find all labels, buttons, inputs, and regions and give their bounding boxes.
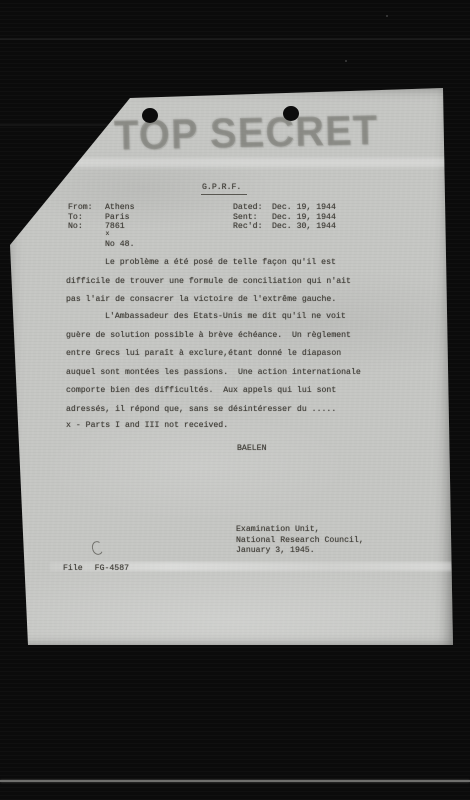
agency-line: National Research Council,	[236, 536, 364, 547]
body-paragraph-2: L'Ambassadeur des Etats-Unis me dit qu'i…	[66, 308, 386, 419]
agency-line: Examination Unit,	[236, 525, 364, 536]
issuing-agency-block: Examination Unit, National Research Coun…	[236, 525, 364, 557]
body-line: difficile de trouver une formule de conc…	[66, 273, 386, 292]
body-line: guère de solution possible à brève échéa…	[66, 327, 386, 346]
signature: BAELEN	[237, 444, 266, 453]
punch-hole-icon	[142, 108, 158, 123]
sent-value: Dec. 19, 1944	[272, 213, 336, 223]
body-line: auquel sont montées les passions. Une ac…	[66, 364, 386, 383]
dust-speck	[386, 15, 388, 17]
no-label: No:	[68, 222, 105, 245]
file-reference-line: FileFG-4587	[63, 564, 129, 573]
body-line: comporte bien des difficultés. Aux appel…	[66, 382, 386, 401]
to-label: To:	[68, 213, 105, 223]
body-line: Le problème a été posé de telle façon qu…	[66, 254, 386, 273]
scan-background: TOP SECRET G.P.R.F. From: Athens Dated: …	[0, 0, 470, 800]
scan-light-band	[10, 158, 453, 167]
scan-noise-line	[0, 38, 470, 40]
footnote-mark: x	[106, 230, 110, 237]
agency-line: January 3, 1945.	[236, 546, 364, 557]
dated-label: Dated:	[233, 203, 272, 213]
recd-value: Dec. 30, 1944	[272, 222, 336, 245]
body-paragraph-1: Le problème a été posé de telle façon qu…	[66, 254, 386, 310]
dust-speck	[345, 60, 347, 62]
from-value: Athens	[105, 203, 233, 213]
scan-frame-line	[0, 780, 470, 782]
from-label: From:	[68, 203, 105, 213]
body-line: adressés, il répond que, sans se désinté…	[66, 401, 386, 420]
body-line: L'Ambassadeur des Etats-Unis me dit qu'i…	[66, 308, 386, 327]
recd-label: Rec'd:	[233, 222, 272, 245]
punch-hole-icon	[283, 106, 299, 121]
file-label: File	[63, 564, 83, 573]
telegram-number-line: No 48.	[105, 240, 134, 249]
body-line: entre Grecs lui paraît à exclure,étant d…	[66, 345, 386, 364]
routing-block: From: Athens Dated: Dec. 19, 1944 To: Pa…	[68, 203, 336, 245]
to-value: Paris	[105, 213, 233, 223]
message-number-digits: 7861	[105, 222, 233, 232]
dated-value: Dec. 19, 1944	[272, 203, 336, 213]
file-number: FG-4587	[95, 564, 129, 573]
document-page: TOP SECRET G.P.R.F. From: Athens Dated: …	[10, 88, 453, 645]
sent-label: Sent:	[233, 213, 272, 223]
handwritten-c-mark	[90, 540, 104, 556]
body-line: pas l'air de consacrer la victoire de l'…	[66, 291, 386, 310]
footnote-line: x - Parts I and III not received.	[66, 421, 228, 430]
document-heading: G.P.R.F.	[201, 183, 247, 195]
